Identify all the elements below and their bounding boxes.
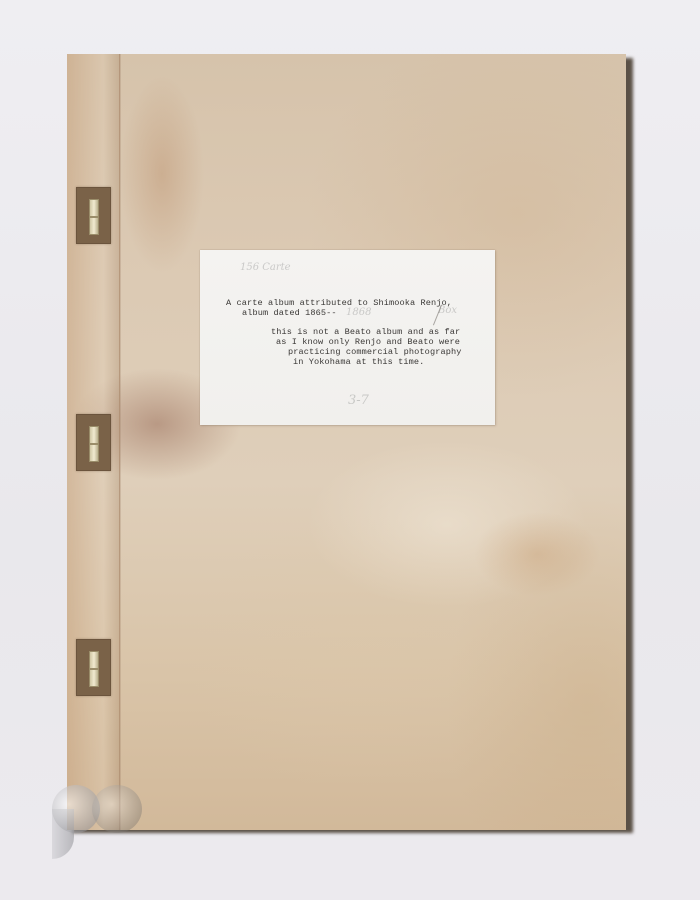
staple-middle xyxy=(76,414,111,471)
staple-leg xyxy=(89,217,99,235)
staple-leg xyxy=(89,199,99,217)
pencil-note-top: 156 Carte xyxy=(240,262,291,273)
spine-fold-line xyxy=(119,54,121,830)
pencil-note-bottom: 3-7 xyxy=(348,393,369,408)
photo-scene: 156 Carte A carte album attributed to Sh… xyxy=(0,0,700,900)
watermark-logo xyxy=(52,785,142,860)
booklet-cover: 156 Carte A carte album attributed to Sh… xyxy=(67,54,626,830)
label-paragraph-line-3: practicing commercial photography xyxy=(288,347,461,358)
label-line-1: A carte album attributed to Shimooka Ren… xyxy=(226,298,452,309)
label-paragraph-line-1: this is not a Beato album and as far xyxy=(271,327,460,338)
staple-leg xyxy=(89,426,99,444)
staple-leg xyxy=(89,651,99,669)
staple-leg xyxy=(89,444,99,462)
staple-top xyxy=(76,187,111,244)
label-paragraph-line-4: in Yokohama at this time. xyxy=(293,357,424,368)
staple-bottom xyxy=(76,639,111,696)
watermark-c xyxy=(92,785,142,833)
pencil-note-date: 1868 xyxy=(346,307,371,318)
label-paragraph-line-2: as I know only Renjo and Beato were xyxy=(276,337,460,348)
staple-leg xyxy=(89,669,99,687)
typewritten-label-card: 156 Carte A carte album attributed to Sh… xyxy=(200,250,495,425)
label-line-2: album dated 1865-- xyxy=(242,308,337,319)
